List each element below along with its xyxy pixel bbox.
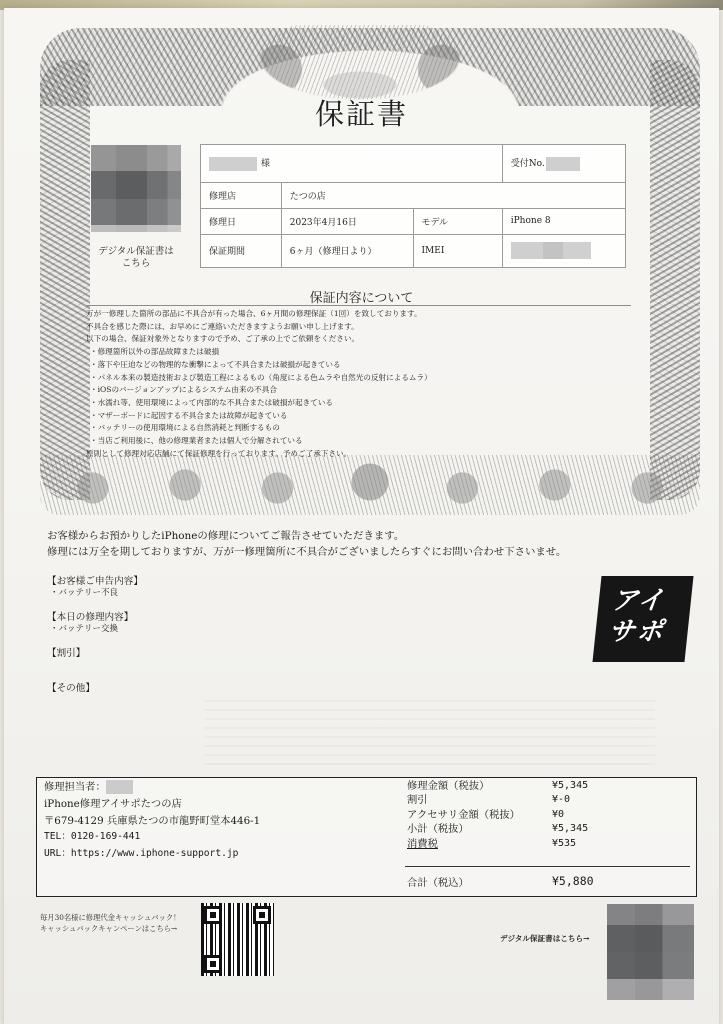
- section-divider: [86, 305, 631, 306]
- price-divider: [405, 866, 690, 867]
- digital-warranty-qr-code[interactable]: [91, 145, 181, 232]
- redacted-customer-name: [209, 157, 257, 171]
- repair-report: 【お客様ご申告内容】 ・バッテリー不良 【本日の修理内容】 ・バッテリー交換 【…: [50, 575, 143, 695]
- todays-repair-heading: 【本日の修理内容】: [47, 611, 143, 624]
- redacted-staff-name: [106, 780, 133, 794]
- price-breakdown: 修理金額（税抜）¥5,345 割引¥-0 アクセサリ金額（税抜）¥0 小計（税抜…: [407, 779, 588, 851]
- cashback-notice: 毎月30名様に修理代金キャッシュバック！ キャッシュバックキャンペーンはこちら→: [40, 912, 180, 934]
- terms-line: 万が一修理した箇所の部品に不具合が有った場合、6ヶ月間の修理保証（1回）を致して…: [86, 308, 432, 321]
- total-row: 合計（税込） ¥5,880: [407, 874, 594, 889]
- imei-label: IMEI: [413, 234, 502, 267]
- shop-url: URL：https://www.iphone-support.jp: [44, 846, 260, 863]
- qr-finder-icon: [204, 906, 222, 924]
- price-row: アクセサリ金額（税抜）¥0: [407, 808, 588, 822]
- cashback-qr-code[interactable]: [201, 903, 274, 976]
- reception-no-cell: 受付No.: [502, 145, 625, 183]
- warranty-info-table: 様 受付No. 修理店 たつの店 修理日 2023年4月16日 モデル iPho…: [200, 144, 626, 268]
- staff-line: 修理担当者：: [44, 779, 260, 796]
- exclusion-item: ・パネル本来の製造技術および製造工程によるもの（角度による色ムラや自然光の反射に…: [86, 372, 432, 385]
- warranty-period-value: 6ヶ月（修理日より）: [281, 234, 413, 267]
- exclusion-item: ・水濡れ等、使用環境によって内部的な不具合または破損が起きている: [86, 397, 432, 410]
- total-amount: ¥5,880: [552, 874, 594, 889]
- exclusion-item: ・当店ご利用後に、他の修理業者または個人で分解されている: [86, 435, 432, 448]
- price-row: 消費税¥535: [407, 837, 588, 851]
- intro-line-1: お客様からお預かりしたiPhoneの修理についてご報告させていただきます。: [47, 529, 566, 545]
- digital-warranty-qr-code-bottom[interactable]: [607, 904, 694, 1000]
- terms-closing: 原則として修理対応店舗にて保証修理を行っております。予めご了承下さい。: [86, 448, 432, 461]
- warranty-section-heading: 保証内容について: [0, 287, 723, 306]
- redacted-reception-no: [546, 157, 580, 171]
- total-label: 合計（税込）: [407, 874, 552, 889]
- warranty-period-label: 保証期間: [201, 234, 282, 267]
- customer-report-value: ・バッテリー不良: [50, 588, 143, 599]
- customer-report-heading: 【お客様ご申告内容】: [47, 575, 143, 588]
- customer-name-cell: 様: [201, 145, 503, 183]
- repair-shop-label: 修理店: [201, 183, 282, 209]
- model-value: iPhone 8: [502, 208, 625, 234]
- terms-line: 不具合を感じた際には、お早めにご連絡いただきますようお願い申し上げます。: [86, 321, 432, 334]
- isapo-logo: アイ サポ: [592, 576, 693, 662]
- imei-value: [502, 234, 625, 267]
- exclusion-item: ・マザーボードに起因する不具合または故障が起きている: [86, 410, 432, 423]
- warranty-terms: 万が一修理した箇所の部品に不具合が有った場合、6ヶ月間の修理保証（1回）を致して…: [86, 308, 432, 460]
- redacted-imei: [511, 242, 591, 259]
- terms-line: 以下の場合、保証対象外となりますので予め、ご了承の上でご依頼をください。: [86, 333, 432, 346]
- price-row: 修理金額（税抜）¥5,345: [407, 779, 588, 793]
- digital-warranty-link-label: デジタル保証書はこちら→: [500, 933, 589, 944]
- other-heading: 【その他】: [47, 682, 143, 695]
- discount-heading: 【割引】: [47, 647, 143, 660]
- document-title: 保証書: [0, 92, 723, 133]
- show-through-text: [205, 700, 655, 770]
- digital-warranty-caption: デジタル保証書は こちら: [82, 246, 190, 270]
- shop-info: 修理担当者： iPhone修理アイサポたつの店 〒679-4129 兵庫県たつの…: [44, 779, 260, 863]
- todays-repair-value: ・バッテリー交換: [50, 624, 143, 635]
- price-row: 割引¥-0: [407, 793, 588, 807]
- repair-date-label: 修理日: [201, 208, 282, 234]
- repair-date-value: 2023年4月16日: [281, 208, 413, 234]
- qr-finder-icon: [253, 906, 271, 924]
- intro-line-2: 修理には万全を期しておりますが、万が一修理箇所に不具合がございましたらすぐにお問…: [47, 545, 566, 561]
- exclusion-item: ・修理箇所以外の部品故障または破損: [86, 346, 432, 359]
- repair-shop-value: たつの店: [281, 183, 625, 209]
- shop-tel: TEL：0120-169-441: [44, 829, 260, 846]
- exclusion-item: ・落下や圧迫などの物理的な衝撃によって不具合または破損が起きている: [86, 359, 432, 372]
- shop-address: 〒679-4129 兵庫県たつの市龍野町堂本446-1: [44, 813, 260, 830]
- report-intro: お客様からお預かりしたiPhoneの修理についてご報告させていただきます。 修理…: [47, 529, 566, 560]
- model-label: モデル: [413, 208, 502, 234]
- exclusion-item: ・バッテリーの使用環境による自然消耗と判断するもの: [86, 422, 432, 435]
- exclusion-item: ・iOSのバージョンアップによるシステム由来の不具合: [86, 384, 432, 397]
- shop-name: iPhone修理アイサポたつの店: [44, 796, 260, 813]
- price-row: 小計（税抜）¥5,345: [407, 822, 588, 836]
- qr-finder-icon: [204, 955, 222, 973]
